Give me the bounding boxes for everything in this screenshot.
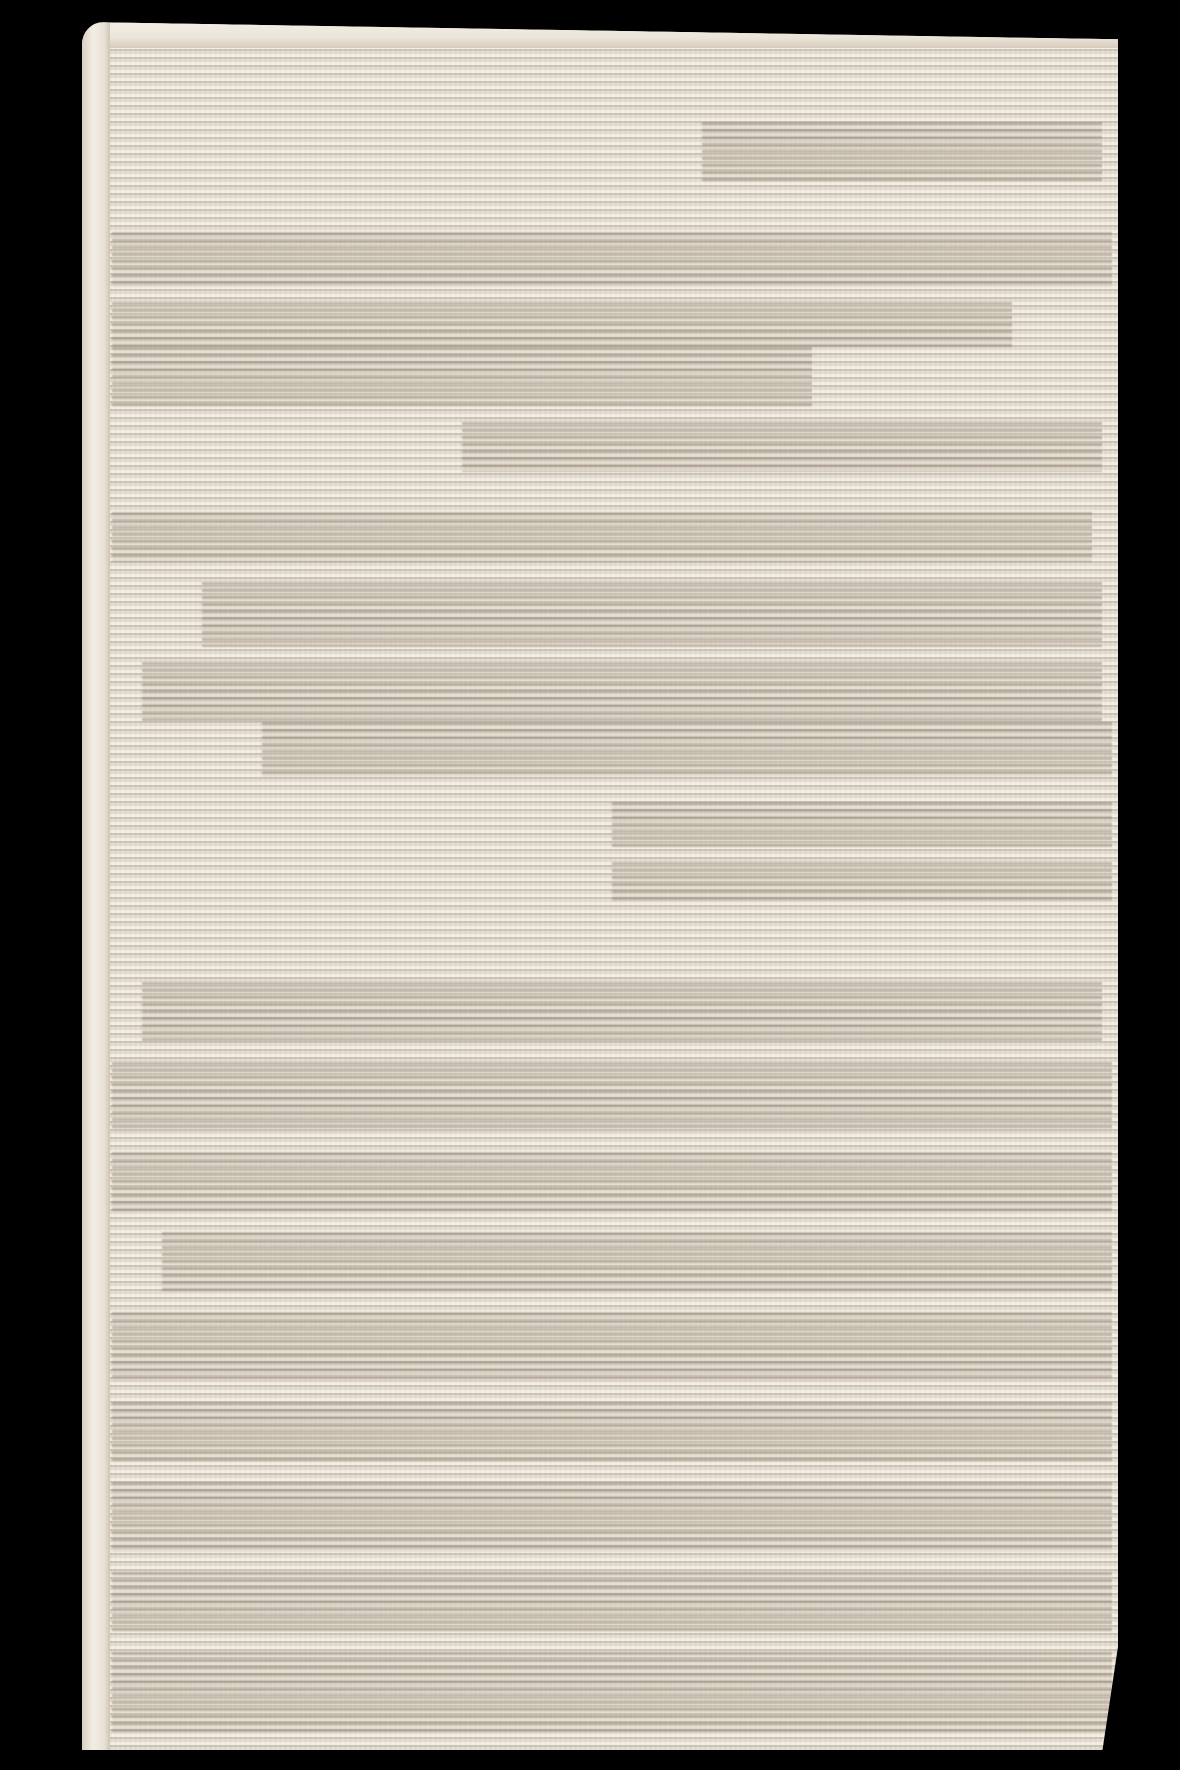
taupe-band xyxy=(112,1062,1112,1132)
taupe-band xyxy=(112,512,1092,562)
taupe-band xyxy=(262,722,1112,777)
taupe-band xyxy=(612,802,1112,847)
taupe-band xyxy=(112,1152,1112,1212)
taupe-band xyxy=(112,347,812,407)
taupe-band xyxy=(112,1482,1112,1552)
taupe-band xyxy=(162,1232,1112,1292)
taupe-band xyxy=(112,1312,1112,1382)
taupe-band xyxy=(462,422,1102,472)
rug xyxy=(82,22,1118,1750)
rug-binding-top xyxy=(82,22,1118,48)
taupe-band xyxy=(142,662,1102,722)
taupe-band xyxy=(112,1572,1112,1632)
taupe-band xyxy=(112,1652,1112,1732)
taupe-band xyxy=(202,582,1102,647)
taupe-band xyxy=(112,302,1012,347)
rug-binding-left xyxy=(82,22,110,1750)
taupe-band xyxy=(612,862,1112,902)
taupe-band xyxy=(702,122,1102,182)
taupe-band xyxy=(112,232,1112,287)
taupe-band xyxy=(112,1402,1112,1462)
taupe-band xyxy=(142,982,1102,1042)
